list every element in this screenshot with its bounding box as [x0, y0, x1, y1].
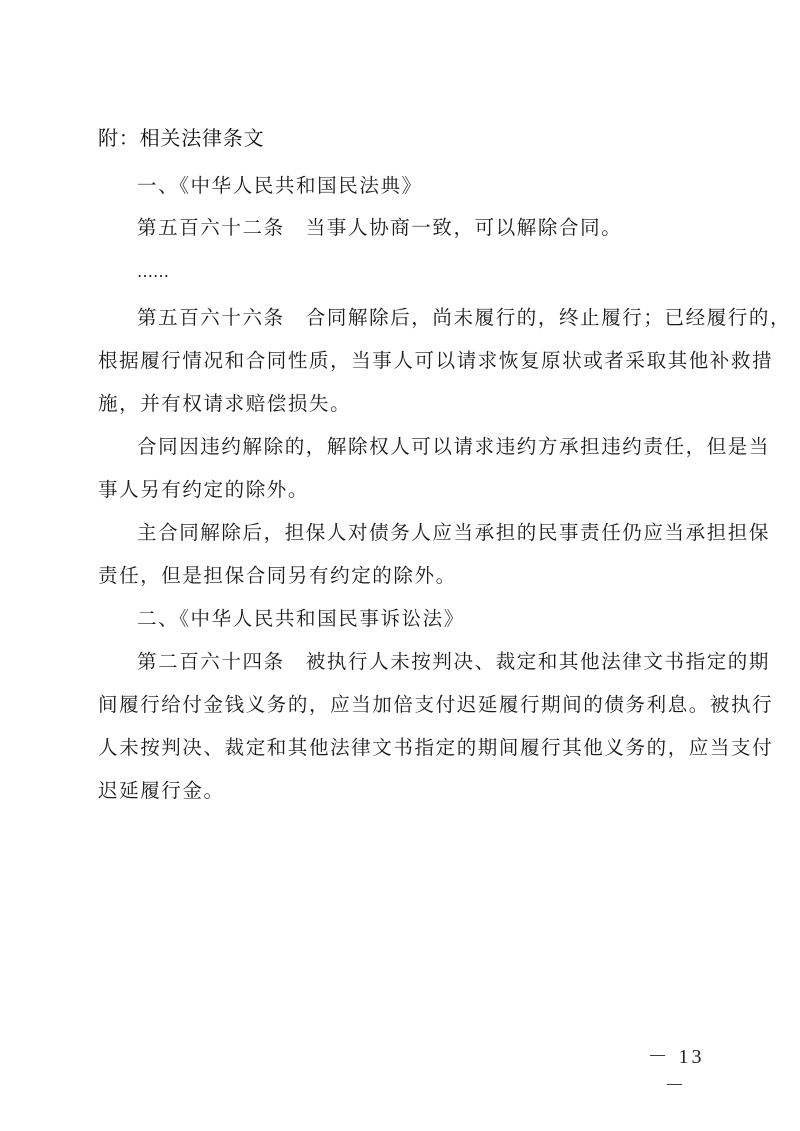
article-566-para2-line-1: 合同因违约解除的，解除权人可以请求违约方承担违约责任，但是当 — [137, 434, 703, 460]
article-264-line-1: 第二百六十四条 被执行人未按判决、裁定和其他法律文书指定的期 — [137, 649, 703, 675]
article-264-line-3: 人未按判决、裁定和其他法律文书指定的期间履行其他义务的，应当支付 — [98, 735, 703, 761]
appendix-title: 附：相关法律条文 — [98, 125, 703, 151]
article-566-para3-line-2: 责任，但是担保合同另有约定的除外。 — [98, 563, 703, 589]
article-264-line-4: 迟延履行金。 — [98, 778, 703, 804]
document-page: 附：相关法律条文 一、《中华人民共和国民法典》 第五百六十二条 当事人协商一致，… — [0, 0, 800, 1131]
section-heading-civil-procedure-law: 二、《中华人民共和国民事诉讼法》 — [137, 606, 703, 632]
page-number: － 13 － — [636, 1040, 716, 1098]
article-264-line-2: 间履行给付金钱义务的，应当加倍支付迟延履行期间的债务利息。被执行 — [98, 692, 703, 718]
ellipsis: …… — [137, 259, 703, 285]
article-562: 第五百六十二条 当事人协商一致，可以解除合同。 — [137, 215, 703, 241]
article-566-para3-line-1: 主合同解除后，担保人对债务人应当承担的民事责任仍应当承担担保 — [137, 520, 703, 546]
section-heading-civil-code: 一、《中华人民共和国民法典》 — [137, 173, 703, 199]
article-566-line-1: 第五百六十六条 合同解除后，尚未履行的，终止履行；已经履行的， — [137, 305, 703, 331]
article-566-line-2: 根据履行情况和合同性质，当事人可以请求恢复原状或者采取其他补救措 — [98, 348, 703, 374]
article-566-para2-line-2: 事人另有约定的除外。 — [98, 477, 703, 503]
article-566-line-3: 施，并有权请求赔偿损失。 — [98, 391, 703, 417]
